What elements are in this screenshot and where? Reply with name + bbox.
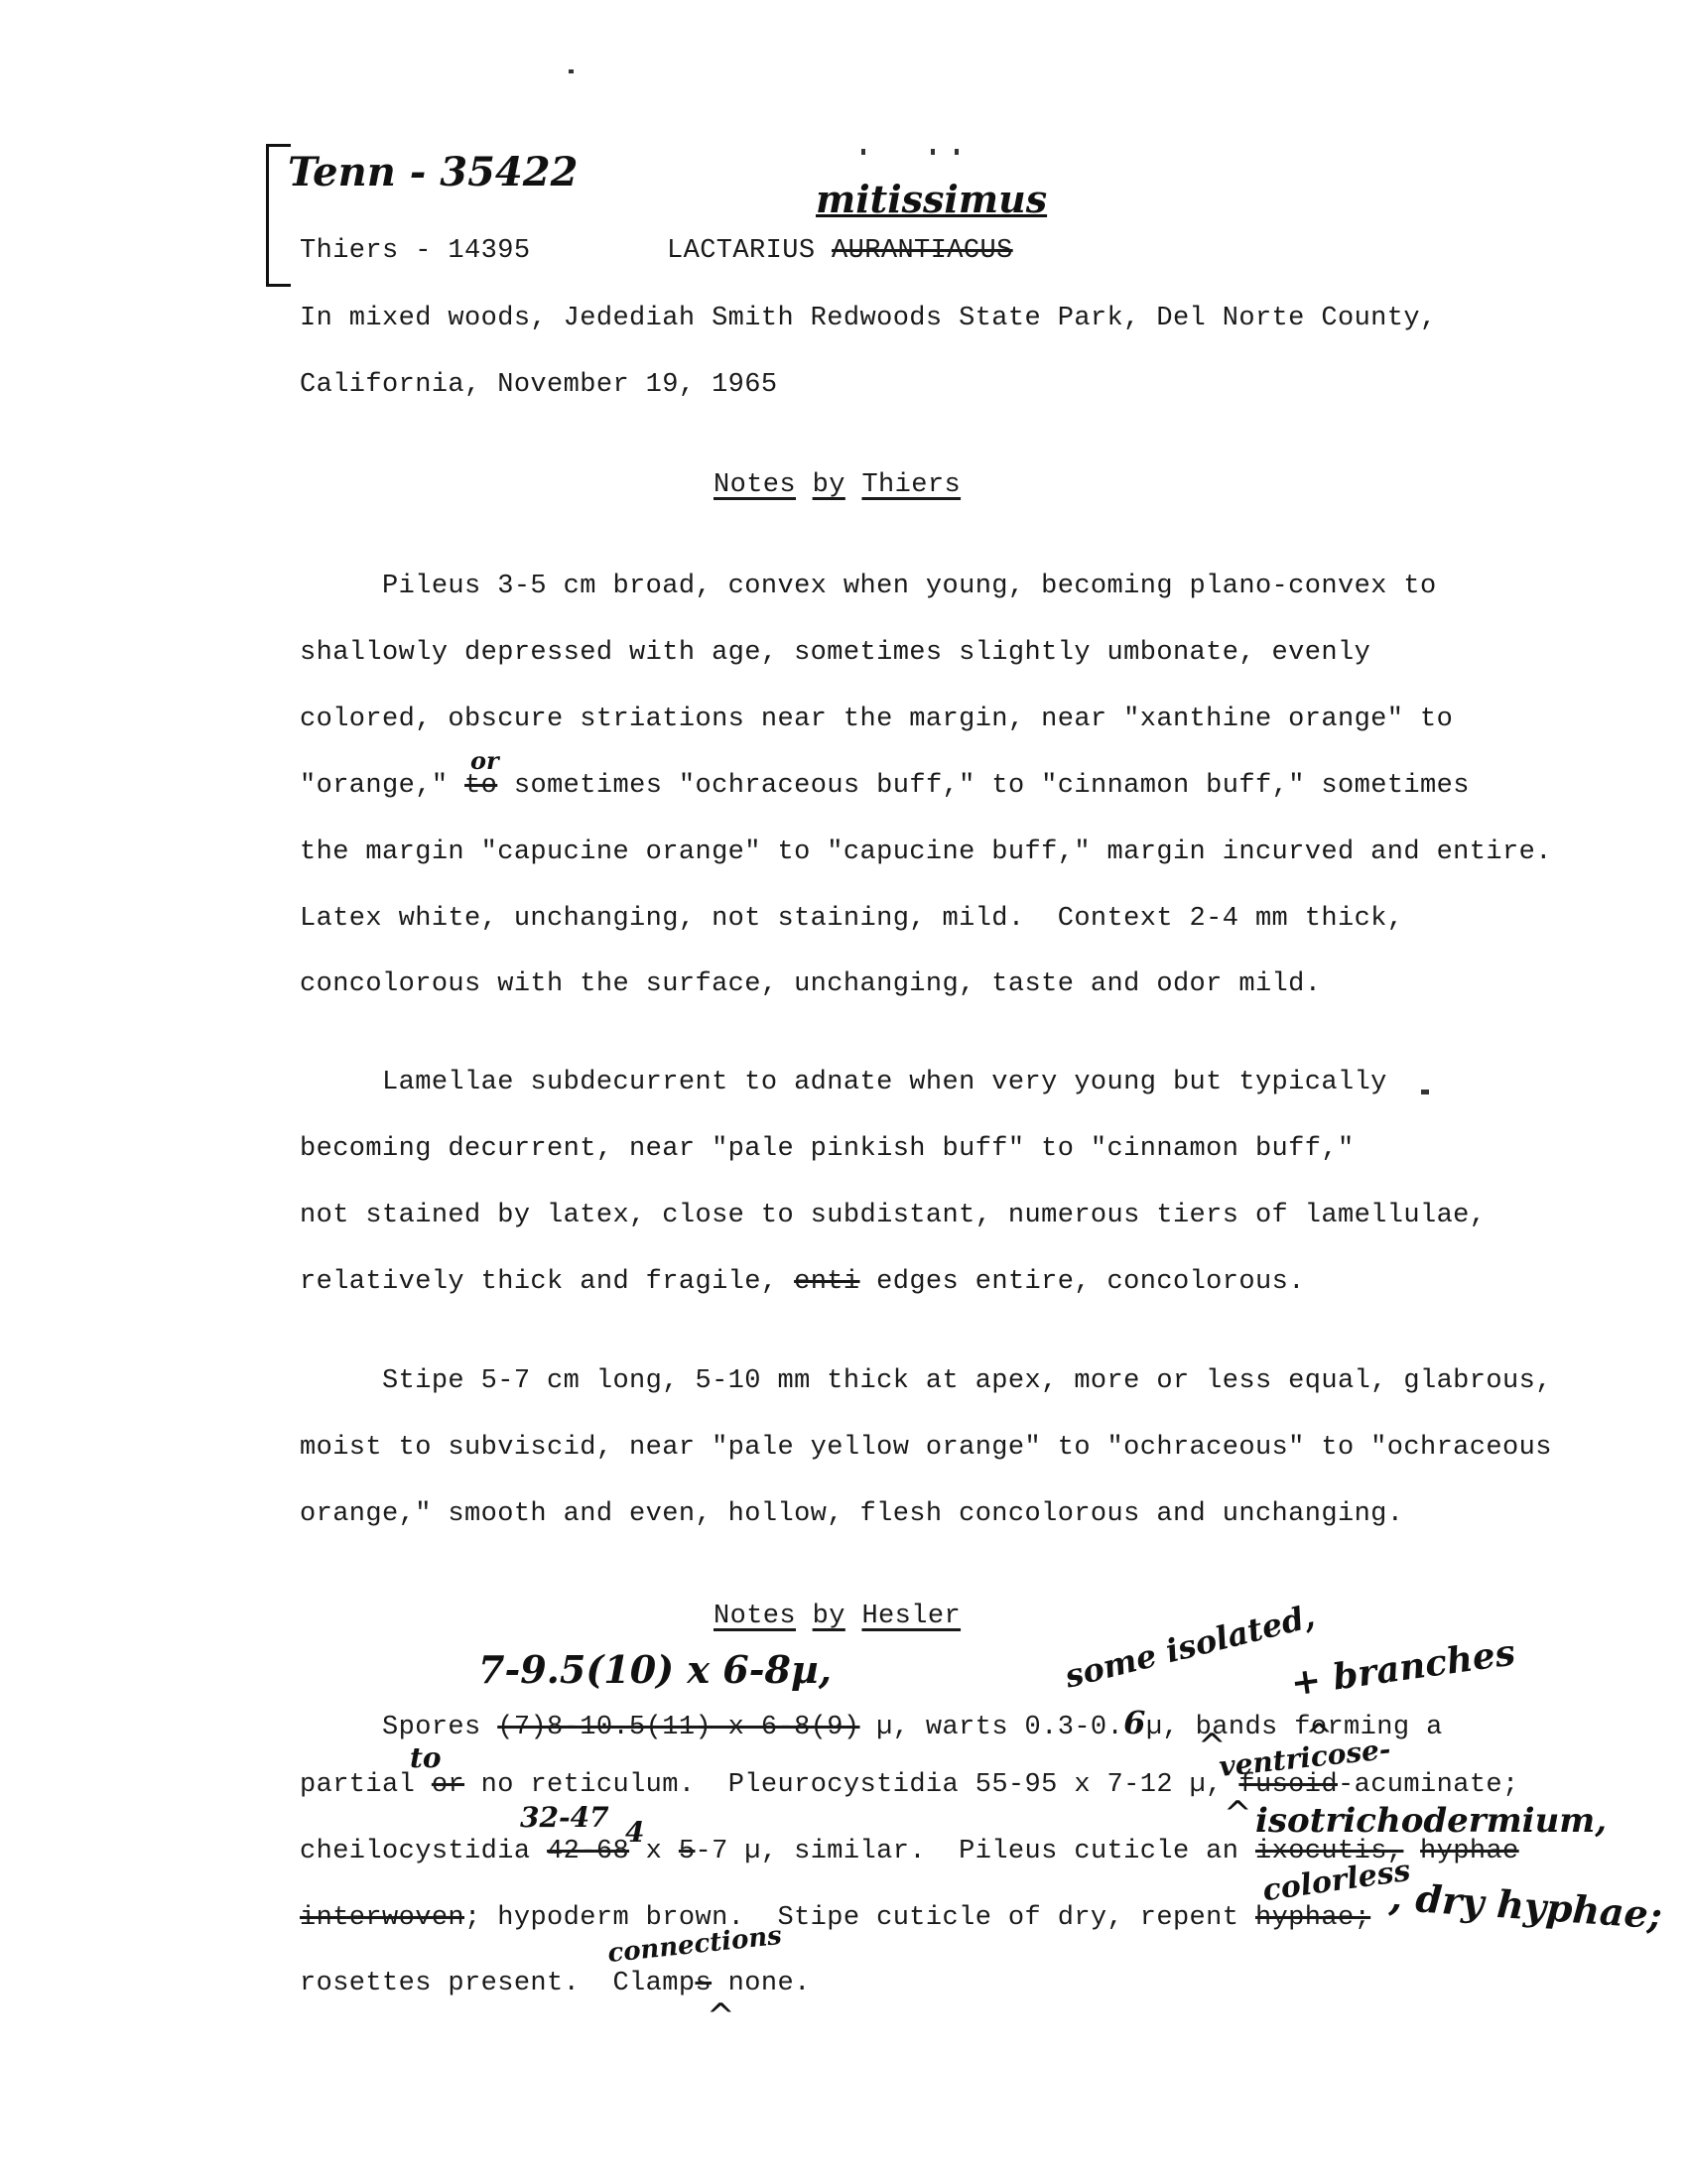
struck-word-to: to: [464, 771, 497, 801]
hesler-line-5: rosettes present. Clamps none.: [300, 1969, 811, 1998]
struck-word-or: or: [432, 1770, 464, 1800]
handwritten-some-isolated: some isolated,: [1061, 1597, 1318, 1695]
handwritten-branches: + branches: [1288, 1631, 1517, 1704]
stipe-line-2: moist to subviscid, near "pale yellow or…: [300, 1433, 1552, 1463]
hesler-line-3: cheilocystidia 42-68 x 5-7 µ, similar. P…: [300, 1837, 1519, 1866]
insertion-caret: ^: [1224, 1794, 1252, 1834]
pileus-line-7: concolorous with the surface, unchanging…: [300, 969, 1321, 999]
locality-line-1: In mixed woods, Jedediah Smith Redwoods …: [300, 304, 1437, 333]
stipe-line-1: Stipe 5-7 cm long, 5-10 mm thick at apex…: [300, 1366, 1552, 1396]
species-title: LACTARIUS AURANTIACUS: [667, 236, 1013, 266]
pileus-line-3: colored, obscure striations near the mar…: [300, 705, 1453, 734]
hesler-line-1: Spores (7)8-10.5(11) x 6-8(9) µ, warts 0…: [300, 1704, 1443, 1742]
struck-species-name: AURANTIACUS: [832, 236, 1013, 266]
struck-word-hyphae-2: hyphae;: [1255, 1903, 1370, 1933]
hesler-notes-heading: Notes by Hesler: [714, 1602, 961, 1631]
lamellae-line-3: not stained by latex, close to subdistan…: [300, 1201, 1486, 1230]
pileus-line-5: the margin "capucine orange" to "capucin…: [300, 837, 1552, 867]
handwritten-isotrichodermium: isotrichodermium,: [1255, 1801, 1607, 1841]
handwritten-dry-hyphae: , dry hyphae;: [1388, 1873, 1664, 1937]
pileus-line-2: shallowly depressed with age, sometimes …: [300, 638, 1370, 668]
thiers-notes-heading: Notes by Thiers: [714, 470, 961, 500]
struck-word-enti: enti: [794, 1267, 859, 1297]
handwritten-digit-4: 4: [625, 1816, 644, 1849]
handwritten-digit-6: 6: [1123, 1704, 1146, 1741]
lamellae-line-4: relatively thick and fragile, enti edges…: [300, 1267, 1305, 1297]
hesler-line-4: interwoven; hypoderm brown. Stipe cuticl…: [300, 1903, 1370, 1933]
locality-line-2: California, November 19, 1965: [300, 370, 777, 400]
hesler-line-2: partial or no reticulum. Pleurocystidia …: [300, 1770, 1519, 1800]
insertion-caret: ^: [707, 1996, 735, 2036]
struck-word-interwoven: interwoven: [300, 1903, 464, 1933]
pileus-line-6: Latex white, unchanging, not staining, m…: [300, 904, 1403, 934]
pileus-line-1: Pileus 3-5 cm broad, convex when young, …: [300, 572, 1437, 601]
handwritten-or: or: [470, 746, 499, 775]
collection-number: Thiers - 14395: [300, 236, 530, 266]
document-page: Tenn - 35422 Thiers - 14395 mitissimus L…: [0, 0, 1688, 2184]
struck-spore-size: (7)8-10.5(11) x 6-8(9): [497, 1713, 859, 1742]
struck-digit-5: 5: [679, 1837, 696, 1866]
struck-letter-s: s: [695, 1969, 712, 1998]
handwritten-herbarium-number: Tenn - 35422: [288, 149, 578, 195]
lamellae-line-2: becoming decurrent, near "pale pinkish b…: [300, 1134, 1355, 1164]
struck-word-hyphae: hyphae: [1420, 1837, 1519, 1866]
handwritten-cheilocystidia-range: 32-47: [520, 1801, 609, 1834]
stipe-line-3: orange," smooth and even, hollow, flesh …: [300, 1499, 1403, 1529]
pileus-line-4: "orange," to sometimes "ochraceous buff,…: [300, 771, 1470, 801]
handwritten-spore-size: 7-9.5(10) x 6-8µ,: [478, 1647, 832, 1692]
struck-word-fusoid: fusoid: [1238, 1770, 1338, 1800]
lamellae-line-1: Lamellae subdecurrent to adnate when ver…: [300, 1068, 1387, 1097]
struck-cheilocystidia-range: 42-68: [547, 1837, 629, 1866]
handwritten-species-name: mitissimus: [816, 177, 1047, 221]
genus-name: LACTARIUS: [667, 236, 815, 266]
